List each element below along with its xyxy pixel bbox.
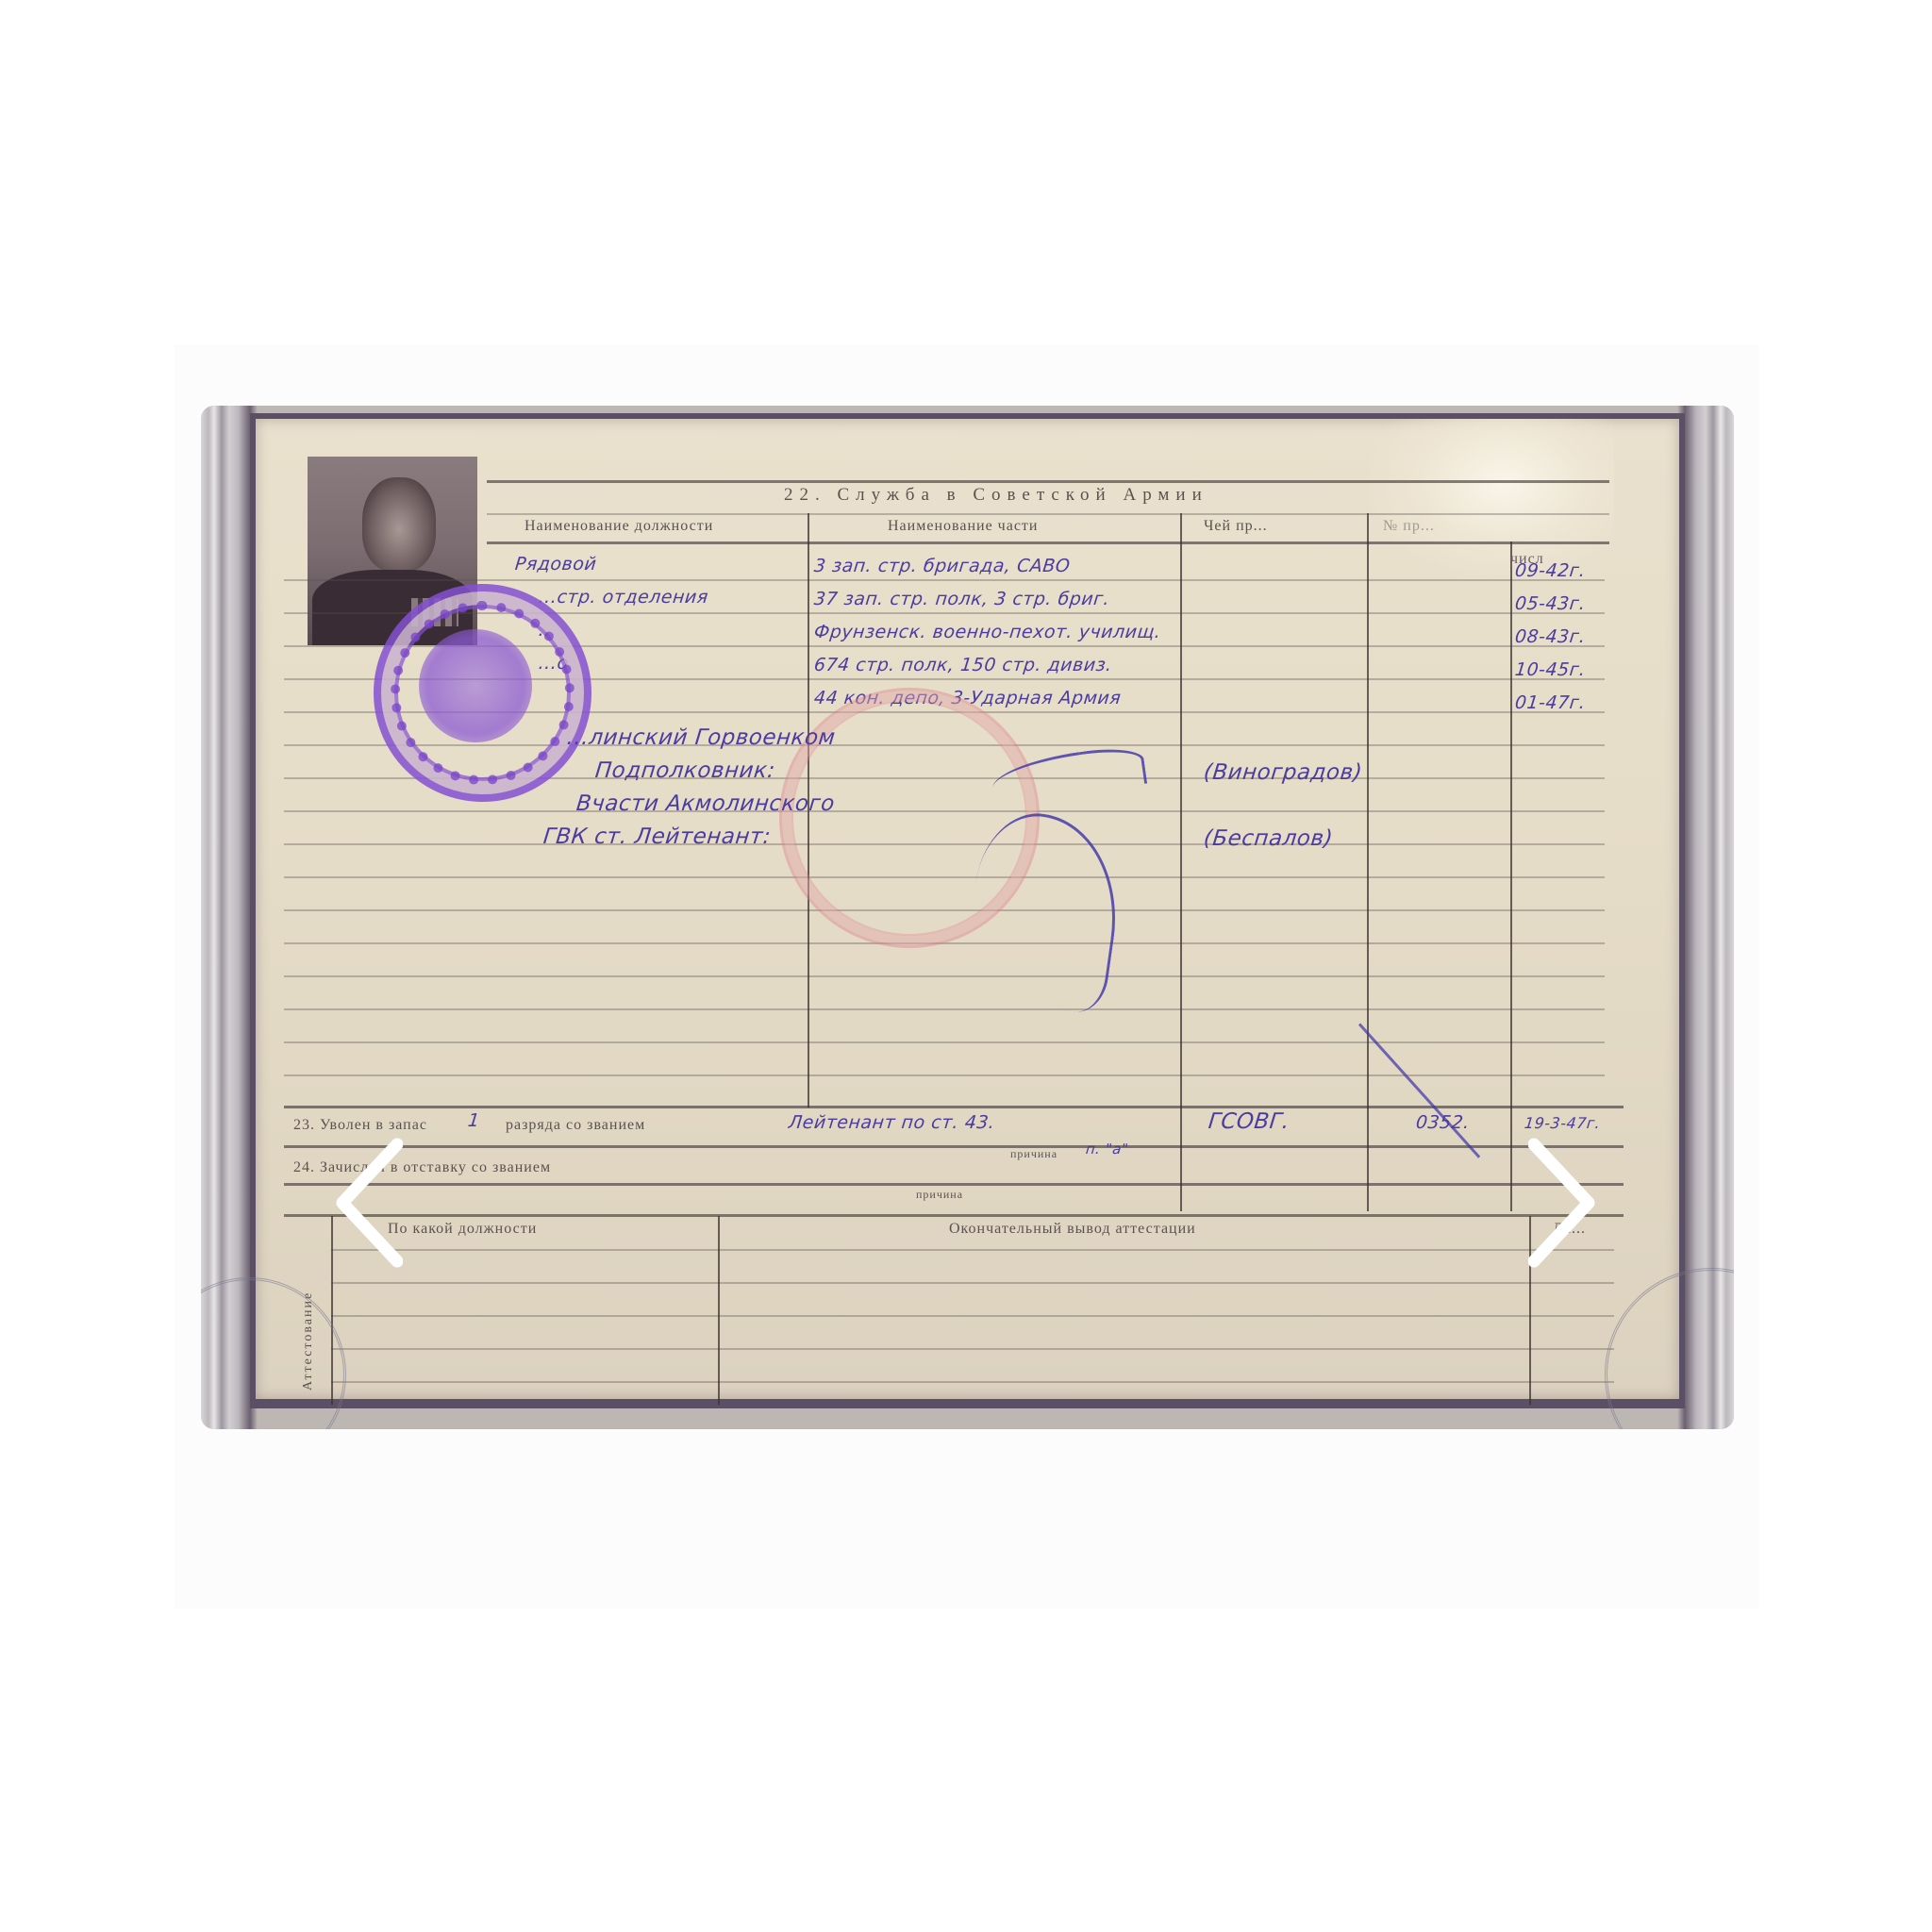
chevron-right-icon xyxy=(1528,1137,1596,1269)
previous-image-button[interactable] xyxy=(335,1137,403,1269)
reason-label: причина xyxy=(1010,1147,1058,1161)
column-header-position: Наименование должности xyxy=(525,518,713,535)
row-2-unit: 37 зап. стр. полк, 3 стр. бриг. xyxy=(813,589,1111,609)
signature-line-2: Подполковник: xyxy=(594,758,776,783)
row-1-date: 09-42г. xyxy=(1514,560,1587,581)
chevron-left-icon xyxy=(335,1137,403,1269)
corner-ornament-left xyxy=(201,1277,346,1429)
purple-official-stamp xyxy=(374,584,591,802)
row-5-date: 01-47г. xyxy=(1514,692,1587,713)
military-record-page: 22. Служба в Советской Армии Наименовани… xyxy=(250,413,1685,1408)
row-4-date: 10-45г. xyxy=(1514,659,1587,680)
signatory-name-2: (Беспалов) xyxy=(1203,826,1335,851)
section-22-title: 22. Служба в Советской Армии xyxy=(784,485,1208,506)
signature-line-4: ГВК ст. Лейтенант: xyxy=(542,824,773,849)
document-photo: 22. Служба в Советской Армии Наименовани… xyxy=(201,406,1734,1429)
discharge-order-number: 0352. xyxy=(1415,1112,1471,1133)
reserve-category: 1 xyxy=(467,1110,481,1131)
next-image-button[interactable] xyxy=(1528,1137,1596,1269)
corner-ornament-right xyxy=(1605,1268,1734,1429)
section-24-label: 24. Зачислен в отставку со званием xyxy=(293,1159,551,1176)
section-23-label-mid: разряда со званием xyxy=(506,1117,645,1134)
row-1-position: Рядовой xyxy=(514,554,598,575)
row-2-date: 05-43г. xyxy=(1514,593,1587,614)
row-2-position: ...стр. отделения xyxy=(538,587,709,608)
discharge-rank: Лейтенант по ст. 43. xyxy=(788,1112,996,1133)
section-23-label: 23. Уволен в запас xyxy=(293,1117,427,1134)
column-header-order-by: Чей пр... xyxy=(1204,518,1268,535)
row-3-unit: Фрунзенск. военно-пехот. училищ. xyxy=(813,622,1162,642)
row-4-unit: 674 стр. полк, 150 стр. дивиз. xyxy=(813,655,1113,675)
signature-line-1: ...линский Горвоенком xyxy=(566,725,837,750)
signature-line-3: Вчасти Акмолинского xyxy=(575,791,836,816)
section-24-reason-label: причина xyxy=(916,1188,963,1202)
discharge-reason: п. "а" xyxy=(1085,1141,1129,1158)
row-3-date: 08-43г. xyxy=(1514,626,1587,647)
paper-stain xyxy=(1369,419,1614,579)
discharge-issuer: ГСОВГ. xyxy=(1207,1109,1291,1134)
signatory-name-1: (Виноградов) xyxy=(1203,760,1364,785)
row-1-unit: 3 зап. стр. бригада, САВО xyxy=(813,556,1072,576)
column-header-order-num: № пр... xyxy=(1383,518,1435,535)
column-header-unit: Наименование части xyxy=(888,518,1038,535)
attestation-column-conclusion: Окончательный вывод аттестации xyxy=(949,1221,1196,1238)
discharge-date: 19-3-47г. xyxy=(1524,1114,1601,1132)
attestation-column-position: По какой должности xyxy=(388,1221,537,1238)
